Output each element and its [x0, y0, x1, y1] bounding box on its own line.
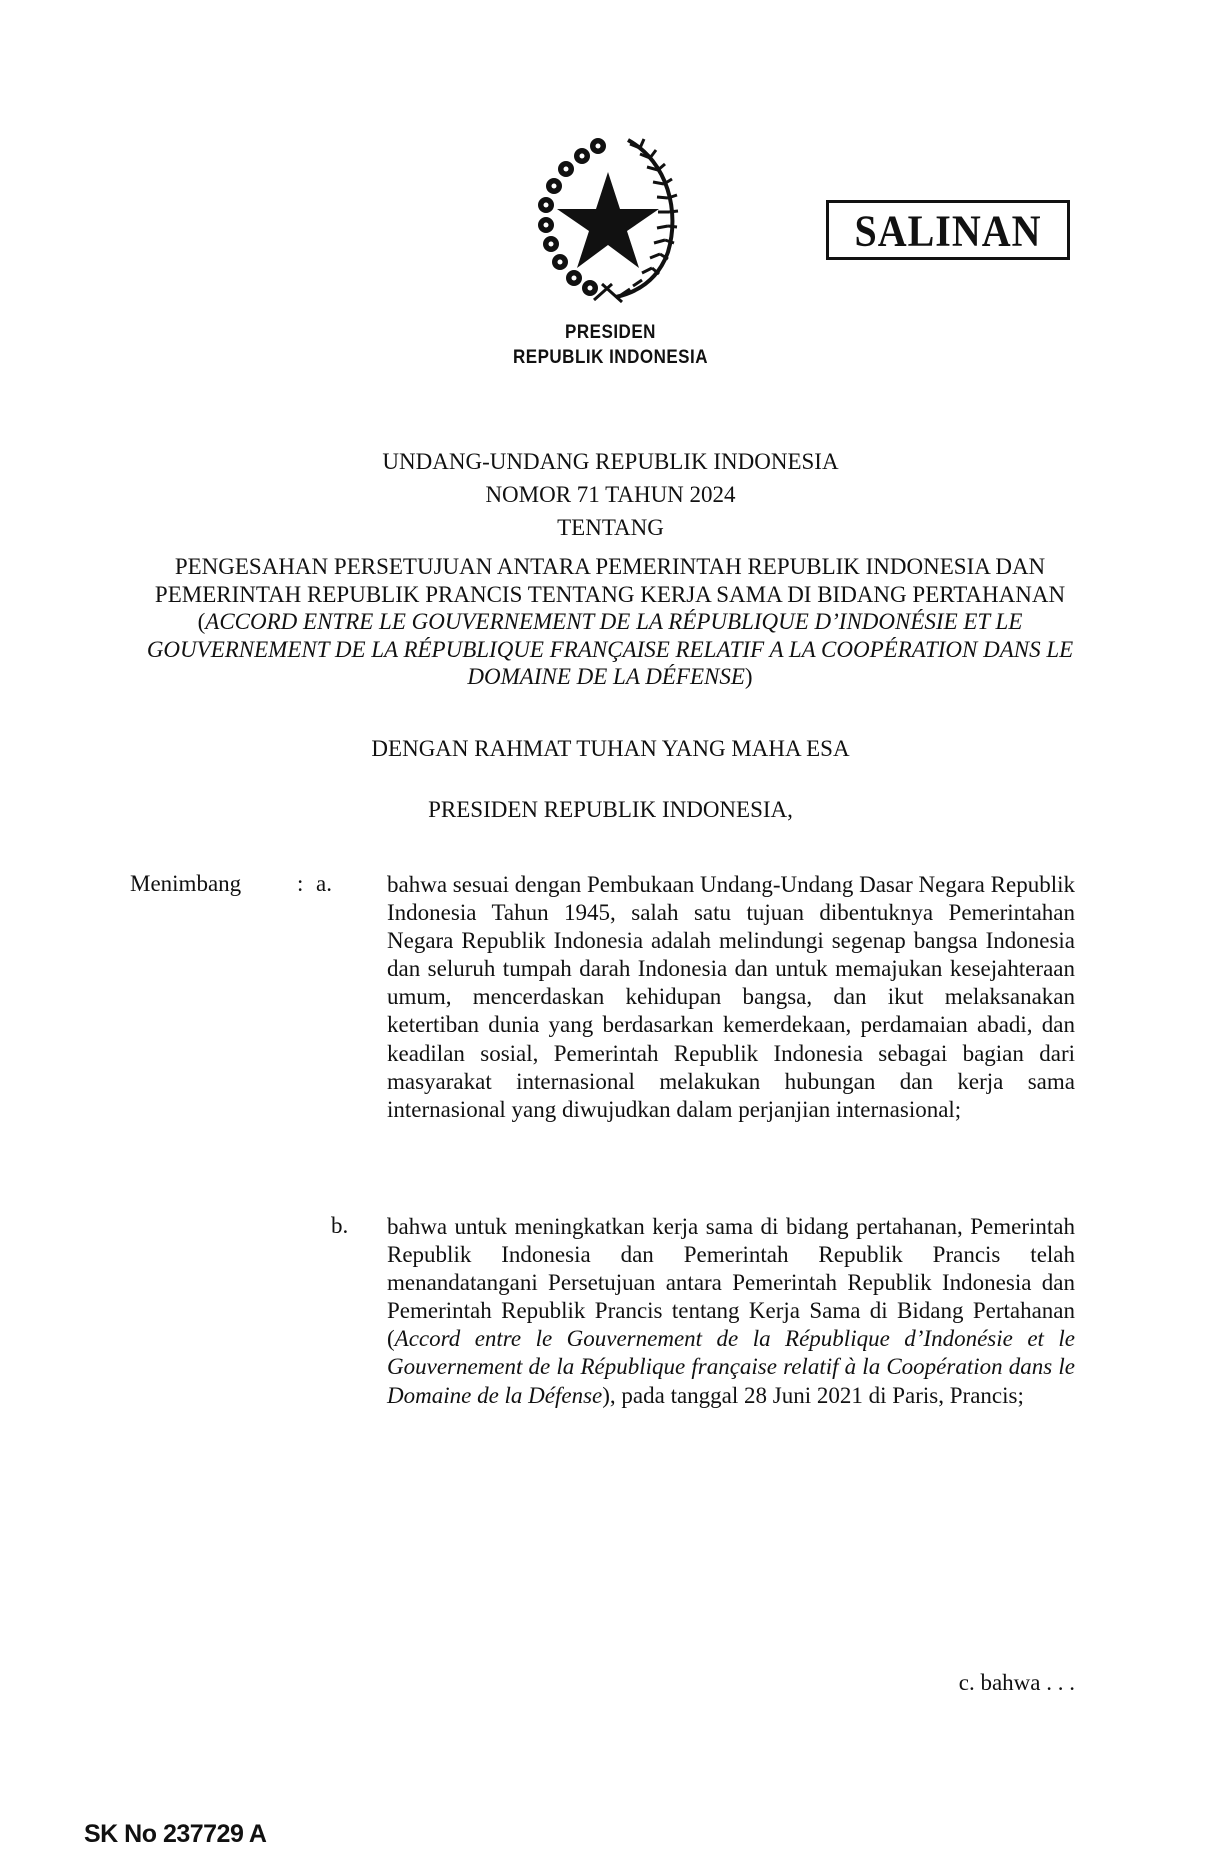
office-label-president: PRESIDEN: [0, 321, 1221, 344]
about-heading: TENTANG: [0, 514, 1221, 541]
serial-number: SK No 237729 A: [84, 1820, 266, 1849]
law-type-heading: UNDANG-UNDANG REPUBLIK INDONESIA: [0, 448, 1221, 475]
clause-b-text: bahwa untuk meningkatkan kerja sama di b…: [387, 1213, 1075, 1410]
clause-b-letter: b.: [331, 1213, 348, 1239]
salinan-stamp: SALINAN: [826, 200, 1070, 260]
salinan-label: SALINAN: [854, 204, 1041, 257]
continuation-marker: c. bahwa . . .: [925, 1670, 1075, 1696]
clause-b-after: ), pada tanggal 28 Juni 2021 di Paris, P…: [602, 1383, 1024, 1408]
presidential-emblem-icon: [528, 132, 688, 307]
law-number-heading: NOMOR 71 TAHUN 2024: [0, 481, 1221, 508]
office-label-republic: REPUBLIK INDONESIA: [0, 346, 1221, 369]
law-subject-heading: PENGESAHAN PERSETUJUAN ANTARA PEMERINTAH…: [140, 553, 1080, 691]
invocation-line: DENGAN RAHMAT TUHAN YANG MAHA ESA: [0, 735, 1221, 762]
clause-a-text: bahwa sesuai dengan Pembukaan Undang-Und…: [387, 871, 1075, 1124]
clause-a-letter: a.: [316, 871, 332, 897]
subject-close: ): [745, 664, 753, 689]
considerations-label: Menimbang: [130, 871, 241, 897]
issuer-line: PRESIDEN REPUBLIK INDONESIA,: [0, 796, 1221, 823]
subject-italic: ACCORD ENTRE LE GOUVERNEMENT DE LA RÉPUB…: [147, 609, 1073, 689]
considerations-colon: :: [297, 871, 303, 897]
